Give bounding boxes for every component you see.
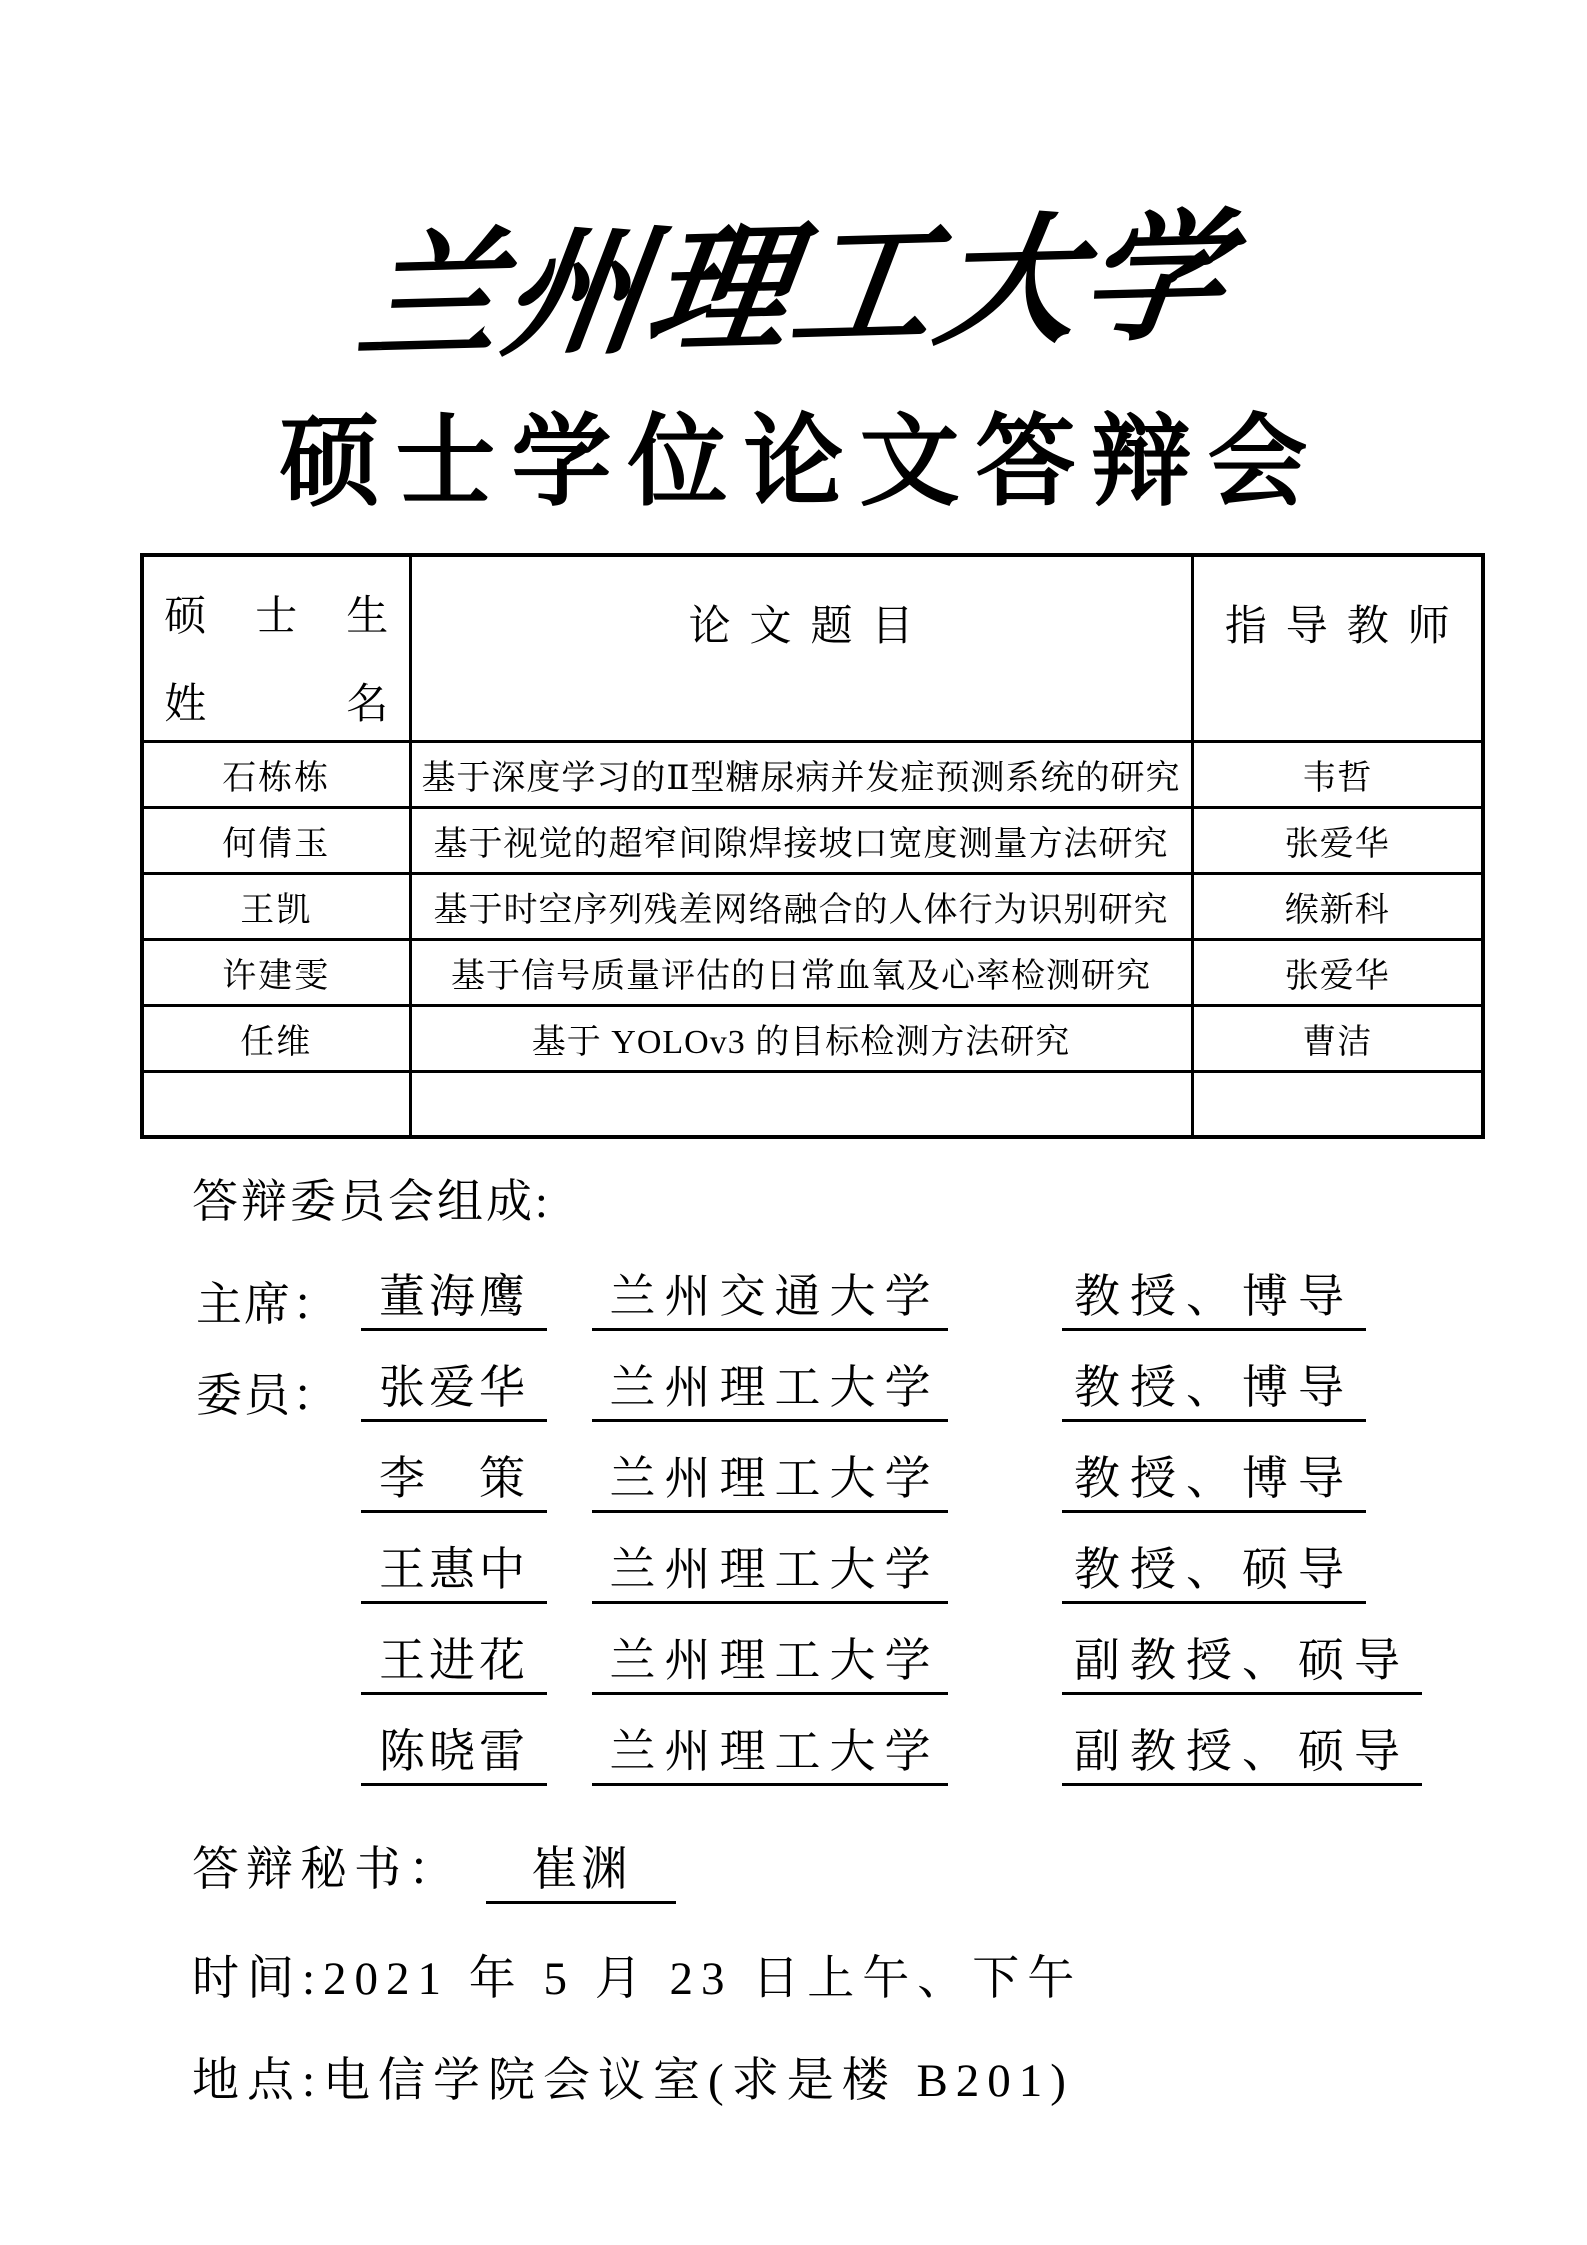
advisor-cell (1192, 1071, 1483, 1137)
member-rank: 教授、博导 (1062, 1362, 1366, 1422)
committee-member-row: 委员： 张爱华 兰州理工大学 教授、博导 (196, 1362, 1587, 1422)
member-affiliation: 兰州理工大学 (592, 1544, 948, 1604)
member-rank: 副教授、硕导 (1062, 1635, 1422, 1695)
thesis-title-cell: 基于信号质量评估的日常血氧及心率检测研究 (410, 939, 1192, 1005)
advisor-cell: 韦哲 (1192, 741, 1483, 807)
student-name-cell: 王凯 (142, 873, 410, 939)
committee-member-row: 王惠中 兰州理工大学 教授、硕导 (196, 1544, 1587, 1604)
member-affiliation: 兰州理工大学 (592, 1635, 948, 1695)
header-student-line2: 姓名 (164, 681, 388, 729)
committee-member-row: 主席： 董海鹰 兰州交通大学 教授、博导 (196, 1271, 1587, 1331)
member-role-label: 主席： (196, 1279, 361, 1331)
secretary-line: 答辩秘书：崔渊 (192, 1842, 1587, 1904)
committee-member-row: 王进花 兰州理工大学 副教授、硕导 (196, 1635, 1587, 1695)
member-name: 董海鹰 (361, 1271, 547, 1331)
committee-member-row: 李 策 兰州理工大学 教授、博导 (196, 1453, 1587, 1513)
table-row: 石栋栋 基于深度学习的Ⅱ型糖尿病并发症预测系统的研究 韦哲 (142, 741, 1483, 807)
student-name-cell: 任维 (142, 1005, 410, 1071)
header-advisor: 指导教师 (1192, 555, 1483, 741)
table-row: 王凯 基于时空序列残差网络融合的人体行为识别研究 缑新科 (142, 873, 1483, 939)
advisor-cell: 缑新科 (1192, 873, 1483, 939)
secretary-name: 崔渊 (486, 1842, 676, 1904)
member-affiliation: 兰州理工大学 (592, 1362, 948, 1422)
committee-heading: 答辩委员会组成: (192, 1173, 1587, 1231)
member-name: 王进花 (361, 1635, 547, 1695)
member-rank: 教授、硕导 (1062, 1544, 1366, 1604)
committee-member-row: 陈晓雷 兰州理工大学 副教授、硕导 (196, 1726, 1587, 1786)
thesis-title-cell (410, 1071, 1192, 1137)
location-line: 地点:电信学院会议室(求是楼 B201) (192, 2053, 1587, 2109)
thesis-title-cell: 基于时空序列残差网络融合的人体行为识别研究 (410, 873, 1192, 939)
member-affiliation: 兰州交通大学 (592, 1271, 948, 1331)
member-name: 张爱华 (361, 1362, 547, 1422)
table-row-empty (142, 1071, 1483, 1137)
table-row: 许建雯 基于信号质量评估的日常血氧及心率检测研究 张爱华 (142, 939, 1483, 1005)
thesis-title-cell: 基于视觉的超窄间隙焊接坡口宽度测量方法研究 (410, 807, 1192, 873)
document-page: 兰州理工大学 硕士学位论文答辩会 硕士生 姓名 论文题目 指导教师 石栋栋 基于… (0, 0, 1587, 2245)
member-name: 陈晓雷 (361, 1726, 547, 1786)
member-name: 李 策 (361, 1453, 547, 1513)
header-thesis-title: 论文题目 (410, 555, 1192, 741)
committee-list: 主席： 董海鹰 兰州交通大学 教授、博导 委员： 张爱华 兰州理工大学 教授、博… (0, 1271, 1587, 1786)
advisor-cell: 曹洁 (1192, 1005, 1483, 1071)
thesis-table: 硕士生 姓名 论文题目 指导教师 石栋栋 基于深度学习的Ⅱ型糖尿病并发症预测系统… (140, 553, 1485, 1139)
member-rank: 教授、博导 (1062, 1453, 1366, 1513)
member-name: 王惠中 (361, 1544, 547, 1604)
table-row: 何倩玉 基于视觉的超窄间隙焊接坡口宽度测量方法研究 张爱华 (142, 807, 1483, 873)
header-student-line1: 硕士生 (164, 593, 388, 641)
thesis-title-cell: 基于深度学习的Ⅱ型糖尿病并发症预测系统的研究 (410, 741, 1192, 807)
member-affiliation: 兰州理工大学 (592, 1453, 948, 1513)
member-rank: 教授、博导 (1062, 1271, 1366, 1331)
member-rank: 副教授、硕导 (1062, 1726, 1422, 1786)
university-logo-calligraphy: 兰州理工大学 (0, 184, 1587, 395)
advisor-cell: 张爱华 (1192, 807, 1483, 873)
secretary-label: 答辩秘书： (192, 1844, 462, 1896)
student-name-cell (142, 1071, 410, 1137)
header-student-name: 硕士生 姓名 (142, 555, 410, 741)
member-role-label: 委员： (196, 1370, 361, 1422)
thesis-title-cell: 基于 YOLOv3 的目标检测方法研究 (410, 1005, 1192, 1071)
student-name-cell: 石栋栋 (142, 741, 410, 807)
table-header-row: 硕士生 姓名 论文题目 指导教师 (142, 555, 1483, 741)
student-name-cell: 何倩玉 (142, 807, 410, 873)
member-affiliation: 兰州理工大学 (592, 1726, 948, 1786)
student-name-cell: 许建雯 (142, 939, 410, 1005)
page-title: 硕士学位论文答辩会 (0, 403, 1587, 523)
advisor-cell: 张爱华 (1192, 939, 1483, 1005)
table-row: 任维 基于 YOLOv3 的目标检测方法研究 曹洁 (142, 1005, 1483, 1071)
time-line: 时间:2021 年 5 月 23 日上午、下午 (192, 1951, 1587, 2007)
